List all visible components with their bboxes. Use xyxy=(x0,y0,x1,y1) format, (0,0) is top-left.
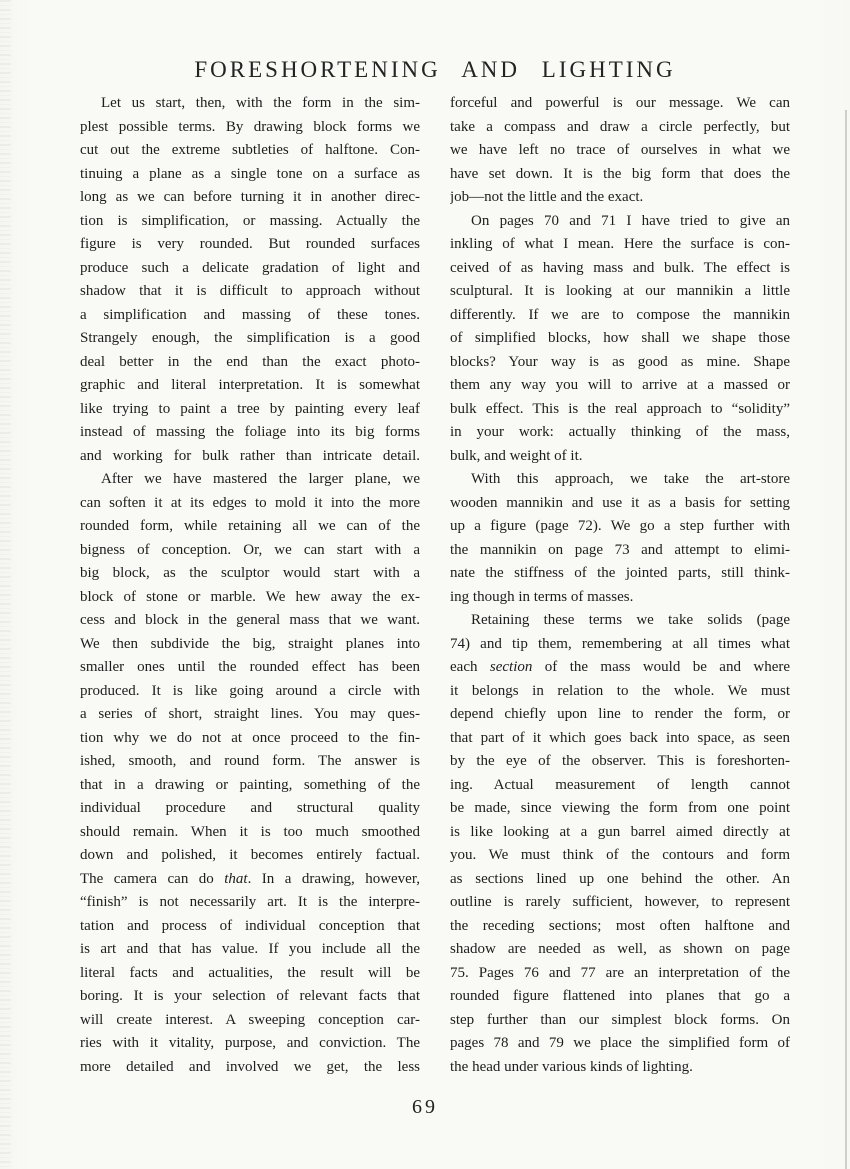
text-line: boring. It is your selection of relevant… xyxy=(80,985,420,1009)
text-line: like trying to paint a tree by painting … xyxy=(80,398,420,422)
text-line: graphic and literal interpretation. It i… xyxy=(80,374,420,398)
text-line: the head under various kinds of lighting… xyxy=(450,1056,790,1080)
text-line: nate the stiffness of the jointed parts,… xyxy=(450,562,790,586)
paragraph: Retaining these terms we take solids (pa… xyxy=(450,609,790,1079)
text-line: blocks? Your way is as good as mine. Sha… xyxy=(450,351,790,375)
text-line: After we have mastered the larger plane,… xyxy=(80,468,420,492)
text-line: With this approach, we take the art-stor… xyxy=(450,468,790,492)
text-line: plest possible terms. By drawing block f… xyxy=(80,116,420,140)
scan-edge-grain xyxy=(0,0,11,1169)
text-line: ished, smooth, and round form. The answe… xyxy=(80,750,420,774)
text-line: big block, as the sculptor would start w… xyxy=(80,562,420,586)
text-line: long as we can before turning it in anot… xyxy=(80,186,420,210)
text-line: step further than our simplest block for… xyxy=(450,1009,790,1033)
text-line: cut out the extreme subtleties of halfto… xyxy=(80,139,420,163)
text-line: shadow that it is difficult to approach … xyxy=(80,280,420,304)
text-line: by the eye of the observer. This is fore… xyxy=(450,750,790,774)
text-line: Strangely enough, the simplification is … xyxy=(80,327,420,351)
text-line: a series of short, straight lines. You m… xyxy=(80,703,420,727)
text-columns: Let us start, then, with the form in the… xyxy=(80,92,790,1079)
text-line: them any way you will to arrive at a mas… xyxy=(450,374,790,398)
text-line: that in a drawing or painting, something… xyxy=(80,774,420,798)
text-line: Let us start, then, with the form in the… xyxy=(80,92,420,116)
text-line: is like looking at a gun barrel aimed di… xyxy=(450,821,790,845)
page-title: FORESHORTENING AND LIGHTING xyxy=(80,57,790,83)
text-line: bigness of conception. Or, we can start … xyxy=(80,539,420,563)
text-line: tion is simplification, or massing. Actu… xyxy=(80,210,420,234)
text-line: On pages 70 and 71 I have tried to give … xyxy=(450,210,790,234)
text-line: in your work: actually thinking of the m… xyxy=(450,421,790,445)
text-line: rounded form, while retaining all we can… xyxy=(80,515,420,539)
scan-edge-line xyxy=(845,110,847,1169)
paragraph: On pages 70 and 71 I have tried to give … xyxy=(450,210,790,469)
text-line: “finish” is not necessarily art. It is t… xyxy=(80,891,420,915)
text-column-left: Let us start, then, with the form in the… xyxy=(80,92,420,1079)
text-line: cess and block in the general mass that … xyxy=(80,609,420,633)
text-line: literal facts and actualities, the resul… xyxy=(80,962,420,986)
text-line: each section of the mass would be and wh… xyxy=(450,656,790,680)
text-line: The camera can do that. In a drawing, ho… xyxy=(80,868,420,892)
text-line: ries with it vitality, purpose, and conv… xyxy=(80,1032,420,1056)
text-line: figure is very rounded. But rounded surf… xyxy=(80,233,420,257)
text-line: depend chiefly upon line to render the f… xyxy=(450,703,790,727)
text-line: job—not the little and the exact. xyxy=(450,186,790,210)
text-line: differently. If we are to compose the ma… xyxy=(450,304,790,328)
text-line: instead of massing the foliage into its … xyxy=(80,421,420,445)
text-line: we have left no trace of ourselves in wh… xyxy=(450,139,790,163)
text-line: bulk, and weight of it. xyxy=(450,445,790,469)
text-line: it belongs in relation to the whole. We … xyxy=(450,680,790,704)
text-line: produced. It is like going around a circ… xyxy=(80,680,420,704)
paragraph: Let us start, then, with the form in the… xyxy=(80,92,420,468)
page-number: 69 xyxy=(0,1096,850,1119)
text-line: you. We must think of the contours and f… xyxy=(450,844,790,868)
text-line: inkling of what I mean. Here the surface… xyxy=(450,233,790,257)
text-line: smaller ones until the rounded effect ha… xyxy=(80,656,420,680)
text-line: ing. Actual measurement of length cannot xyxy=(450,774,790,798)
text-line: produce such a delicate gradation of lig… xyxy=(80,257,420,281)
text-line: the receding sections; most often halfto… xyxy=(450,915,790,939)
text-line: be made, since viewing the form from one… xyxy=(450,797,790,821)
book-page: FORESHORTENING AND LIGHTING Let us start… xyxy=(0,0,850,1169)
text-line: a simplification and massing of these to… xyxy=(80,304,420,328)
text-line: have set down. It is the big form that d… xyxy=(450,163,790,187)
text-line: more detailed and involved we get, the l… xyxy=(80,1056,420,1080)
text-line: is art and that has value. If you includ… xyxy=(80,938,420,962)
text-line: 74) and tip them, remembering at all tim… xyxy=(450,633,790,657)
text-line: as sections lined up one behind the othe… xyxy=(450,868,790,892)
text-line: bulk effect. This is the real approach t… xyxy=(450,398,790,422)
text-line: We then subdivide the big, straight plan… xyxy=(80,633,420,657)
text-line: ceived of as having mass and bulk. The e… xyxy=(450,257,790,281)
text-line: down and polished, it becomes entirely f… xyxy=(80,844,420,868)
text-line: deal better in the end than the exact ph… xyxy=(80,351,420,375)
text-line: that part of it which goes back into spa… xyxy=(450,727,790,751)
text-line: can soften it at its edges to mold it in… xyxy=(80,492,420,516)
text-line: outline is rarely sufficient, however, t… xyxy=(450,891,790,915)
text-line: and working for bulk rather than intrica… xyxy=(80,445,420,469)
text-line: 75. Pages 76 and 77 are an interpretatio… xyxy=(450,962,790,986)
text-line: the mannikin on page 73 and attempt to e… xyxy=(450,539,790,563)
text-column-right: forceful and powerful is our message. We… xyxy=(450,92,790,1079)
text-line: forceful and powerful is our message. We… xyxy=(450,92,790,116)
text-line: tation and process of individual concept… xyxy=(80,915,420,939)
paragraph: forceful and powerful is our message. We… xyxy=(450,92,790,210)
text-line: individual procedure and structural qual… xyxy=(80,797,420,821)
text-line: will create interest. A sweeping concept… xyxy=(80,1009,420,1033)
text-line: block of stone or marble. We hew away th… xyxy=(80,586,420,610)
text-line: sculptural. It is looking at our manniki… xyxy=(450,280,790,304)
text-line: ing though in terms of masses. xyxy=(450,586,790,610)
text-line: rounded figure flattened into planes tha… xyxy=(450,985,790,1009)
text-line: should remain. When it is too much smoot… xyxy=(80,821,420,845)
text-line: Retaining these terms we take solids (pa… xyxy=(450,609,790,633)
paragraph: With this approach, we take the art-stor… xyxy=(450,468,790,609)
paragraph: After we have mastered the larger plane,… xyxy=(80,468,420,1079)
text-line: up a figure (page 72). We go a step furt… xyxy=(450,515,790,539)
text-line: take a compass and draw a circle perfect… xyxy=(450,116,790,140)
text-line: shadow are needed as well, as shown on p… xyxy=(450,938,790,962)
text-line: pages 78 and 79 we place the simplified … xyxy=(450,1032,790,1056)
text-line: tion why we do not at once proceed to th… xyxy=(80,727,420,751)
text-line: of simplified blocks, how shall we shape… xyxy=(450,327,790,351)
text-line: tinuing a plane as a single tone on a su… xyxy=(80,163,420,187)
text-line: wooden mannikin and use it as a basis fo… xyxy=(450,492,790,516)
